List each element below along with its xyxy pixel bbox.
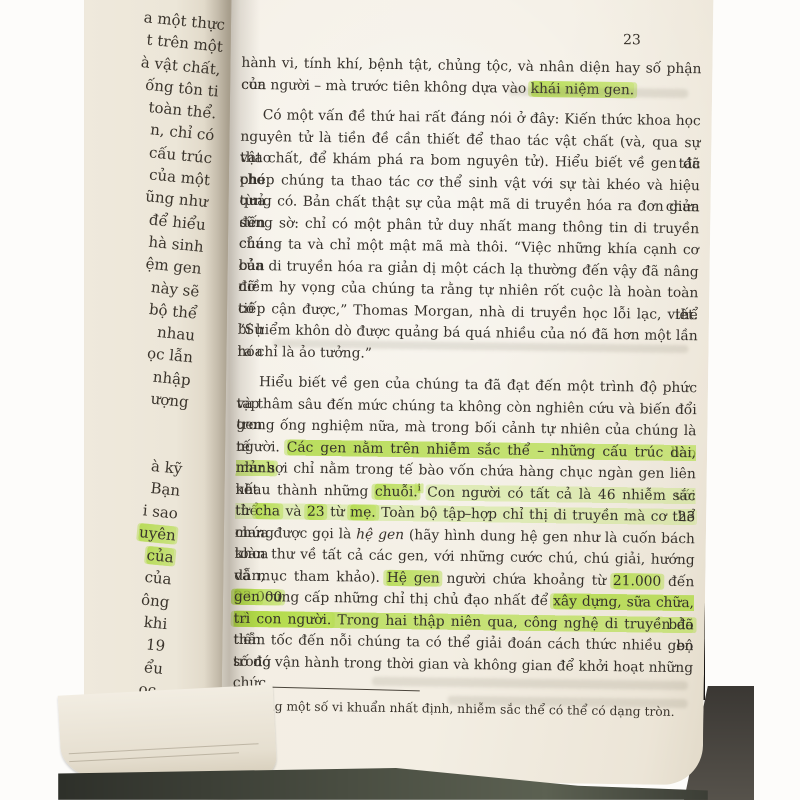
text-segment: đến	[661, 573, 694, 589]
text-segment: này sẽ	[150, 278, 200, 301]
page-edge-line	[69, 752, 239, 762]
text-segment: à kỹ	[150, 457, 183, 478]
text-segment: và	[280, 503, 307, 519]
highlighted-text: Hệ gen	[387, 569, 440, 586]
text-segment: khi	[143, 613, 168, 633]
text-segment: của	[144, 568, 173, 589]
left-book-page: a một thựct trên mộtà vật chất,ống tôn t…	[84, 0, 236, 792]
text-segment: chứa được gọi là	[235, 524, 357, 542]
text-segment: người.	[236, 438, 287, 455]
text-segment: và mục tham khảo).	[234, 567, 387, 585]
highlighted-text: mẹ.	[350, 504, 376, 520]
text-segment: cung cấp những chỉ thị chủ đạo nhất để	[260, 589, 553, 609]
text-segment: ũng như	[145, 188, 209, 212]
page-body-text: hành vi, tính khí, bệnh tật, chủng tộc, …	[233, 53, 702, 688]
text-segment: nhau thành những	[235, 481, 375, 499]
main-book-page: 23 hành vi, tính khí, bệnh tật, chủng tộ…	[220, 0, 713, 785]
text-segment: nhập	[152, 367, 191, 389]
text-segment: từ	[235, 503, 255, 519]
text-segment	[421, 484, 428, 500]
text-segment: người chứa khoảng từ	[440, 570, 613, 588]
highlighted-text: 23	[307, 504, 325, 520]
text-segment: ông	[140, 590, 170, 611]
text-segment: i sao	[142, 501, 179, 522]
text-segment: từ	[325, 504, 351, 520]
page-number: 23	[623, 32, 641, 48]
text-segment: bộ thể	[148, 300, 198, 323]
text-segment: hà sinh	[148, 233, 205, 256]
text-segment: ọc lẫn	[146, 345, 193, 367]
text-segment: Bạn	[150, 479, 181, 500]
highlighted-text: của	[146, 546, 175, 567]
highlighted-text: cha	[255, 503, 280, 519]
text-segment: hệ gen	[356, 526, 404, 543]
paragraph: Có một vấn đề thứ hai rất đáng nói ở đây…	[237, 105, 701, 369]
highlighted-text: gen	[234, 589, 260, 605]
text-segment: ệm gen	[145, 255, 202, 278]
text-segment: Có một vấn đề thứ hai rất đáng nói ở đây…	[263, 107, 701, 129]
text-segment: con người – mà trước tiên không dựa vào	[241, 76, 531, 96]
highlighted-text: trì con người.	[234, 610, 332, 627]
text-segment: để hiểu	[148, 210, 206, 233]
highlighted-text: 21.000	[613, 573, 661, 590]
highlighted-text: chuỗi.	[375, 483, 418, 500]
text-segment: ểu	[143, 658, 164, 678]
paragraph: Hiểu biết về gen của chúng ta đã đạt đến…	[233, 372, 697, 679]
text-segment: ượng	[150, 390, 190, 412]
highlighted-text: uyên	[138, 523, 176, 544]
text-segment: nhau	[156, 323, 195, 345]
text-segment: 19	[145, 636, 166, 656]
left-page-text: a một thựct trên mộtà vật chất,ống tôn t…	[30, 2, 226, 702]
